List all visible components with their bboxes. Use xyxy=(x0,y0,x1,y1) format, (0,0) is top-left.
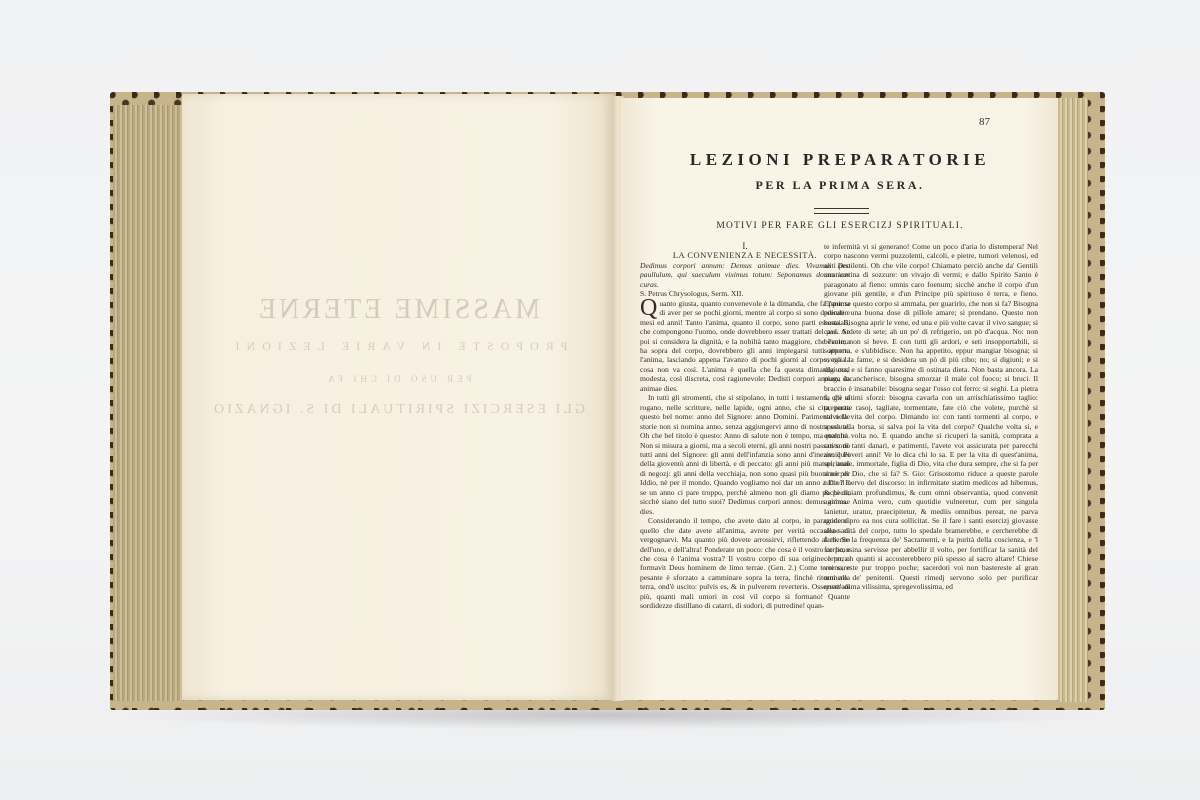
left-page-edges xyxy=(113,105,188,701)
chapter-title: LA CONVENIENZA E NECESSITÀ. xyxy=(640,251,850,260)
page-subtitle: PER LA PRIMA SERA. xyxy=(620,178,1060,193)
ornament-divider xyxy=(814,208,869,214)
page-number: 87 xyxy=(979,116,990,128)
drop-cap: Q xyxy=(640,299,657,317)
show-through-line2: PROPOSTE IN VARIE LEZIONI xyxy=(182,339,614,354)
show-through-line4: GLI ESERCIZI SPIRITUALI DI S. IGNAZIO xyxy=(182,402,614,418)
right-page-edges xyxy=(1058,98,1088,702)
show-through-line3: PER USO DI CHI FA xyxy=(182,374,614,384)
paragraph: Considerando il tempo, che avete dato al… xyxy=(640,516,850,611)
text-column-right: te infermità vi si generano! Come un poc… xyxy=(824,242,1038,592)
left-page: MASSIME ETERNE PROPOSTE IN VARIE LEZIONI… xyxy=(182,94,614,700)
paragraph: te infermità vi si generano! Come un poc… xyxy=(824,242,1038,592)
paragraph: Quanto giusta, quanto convenevole è la d… xyxy=(640,299,850,394)
section-heading: MOTIVI PER FARE GLI ESERCIZJ SPIRITUALI. xyxy=(620,221,1060,231)
epigraph-attribution: S. Petrus Chrysologus, Serm. XII. xyxy=(640,289,850,298)
show-through-title: MASSIME ETERNE xyxy=(182,294,614,326)
text-column-left: I. LA CONVENIENZA E NECESSITÀ. Dedimus c… xyxy=(640,242,850,611)
paragraph: In tutti gli stromenti, che si stipolano… xyxy=(640,393,850,516)
right-page: 87 LEZIONI PREPARATORIE PER LA PRIMA SER… xyxy=(620,98,1060,700)
epigraph: Dedimus corpori annum: Demus animae dies… xyxy=(640,261,850,289)
page-title: LEZIONI PREPARATORIE xyxy=(620,150,1060,170)
